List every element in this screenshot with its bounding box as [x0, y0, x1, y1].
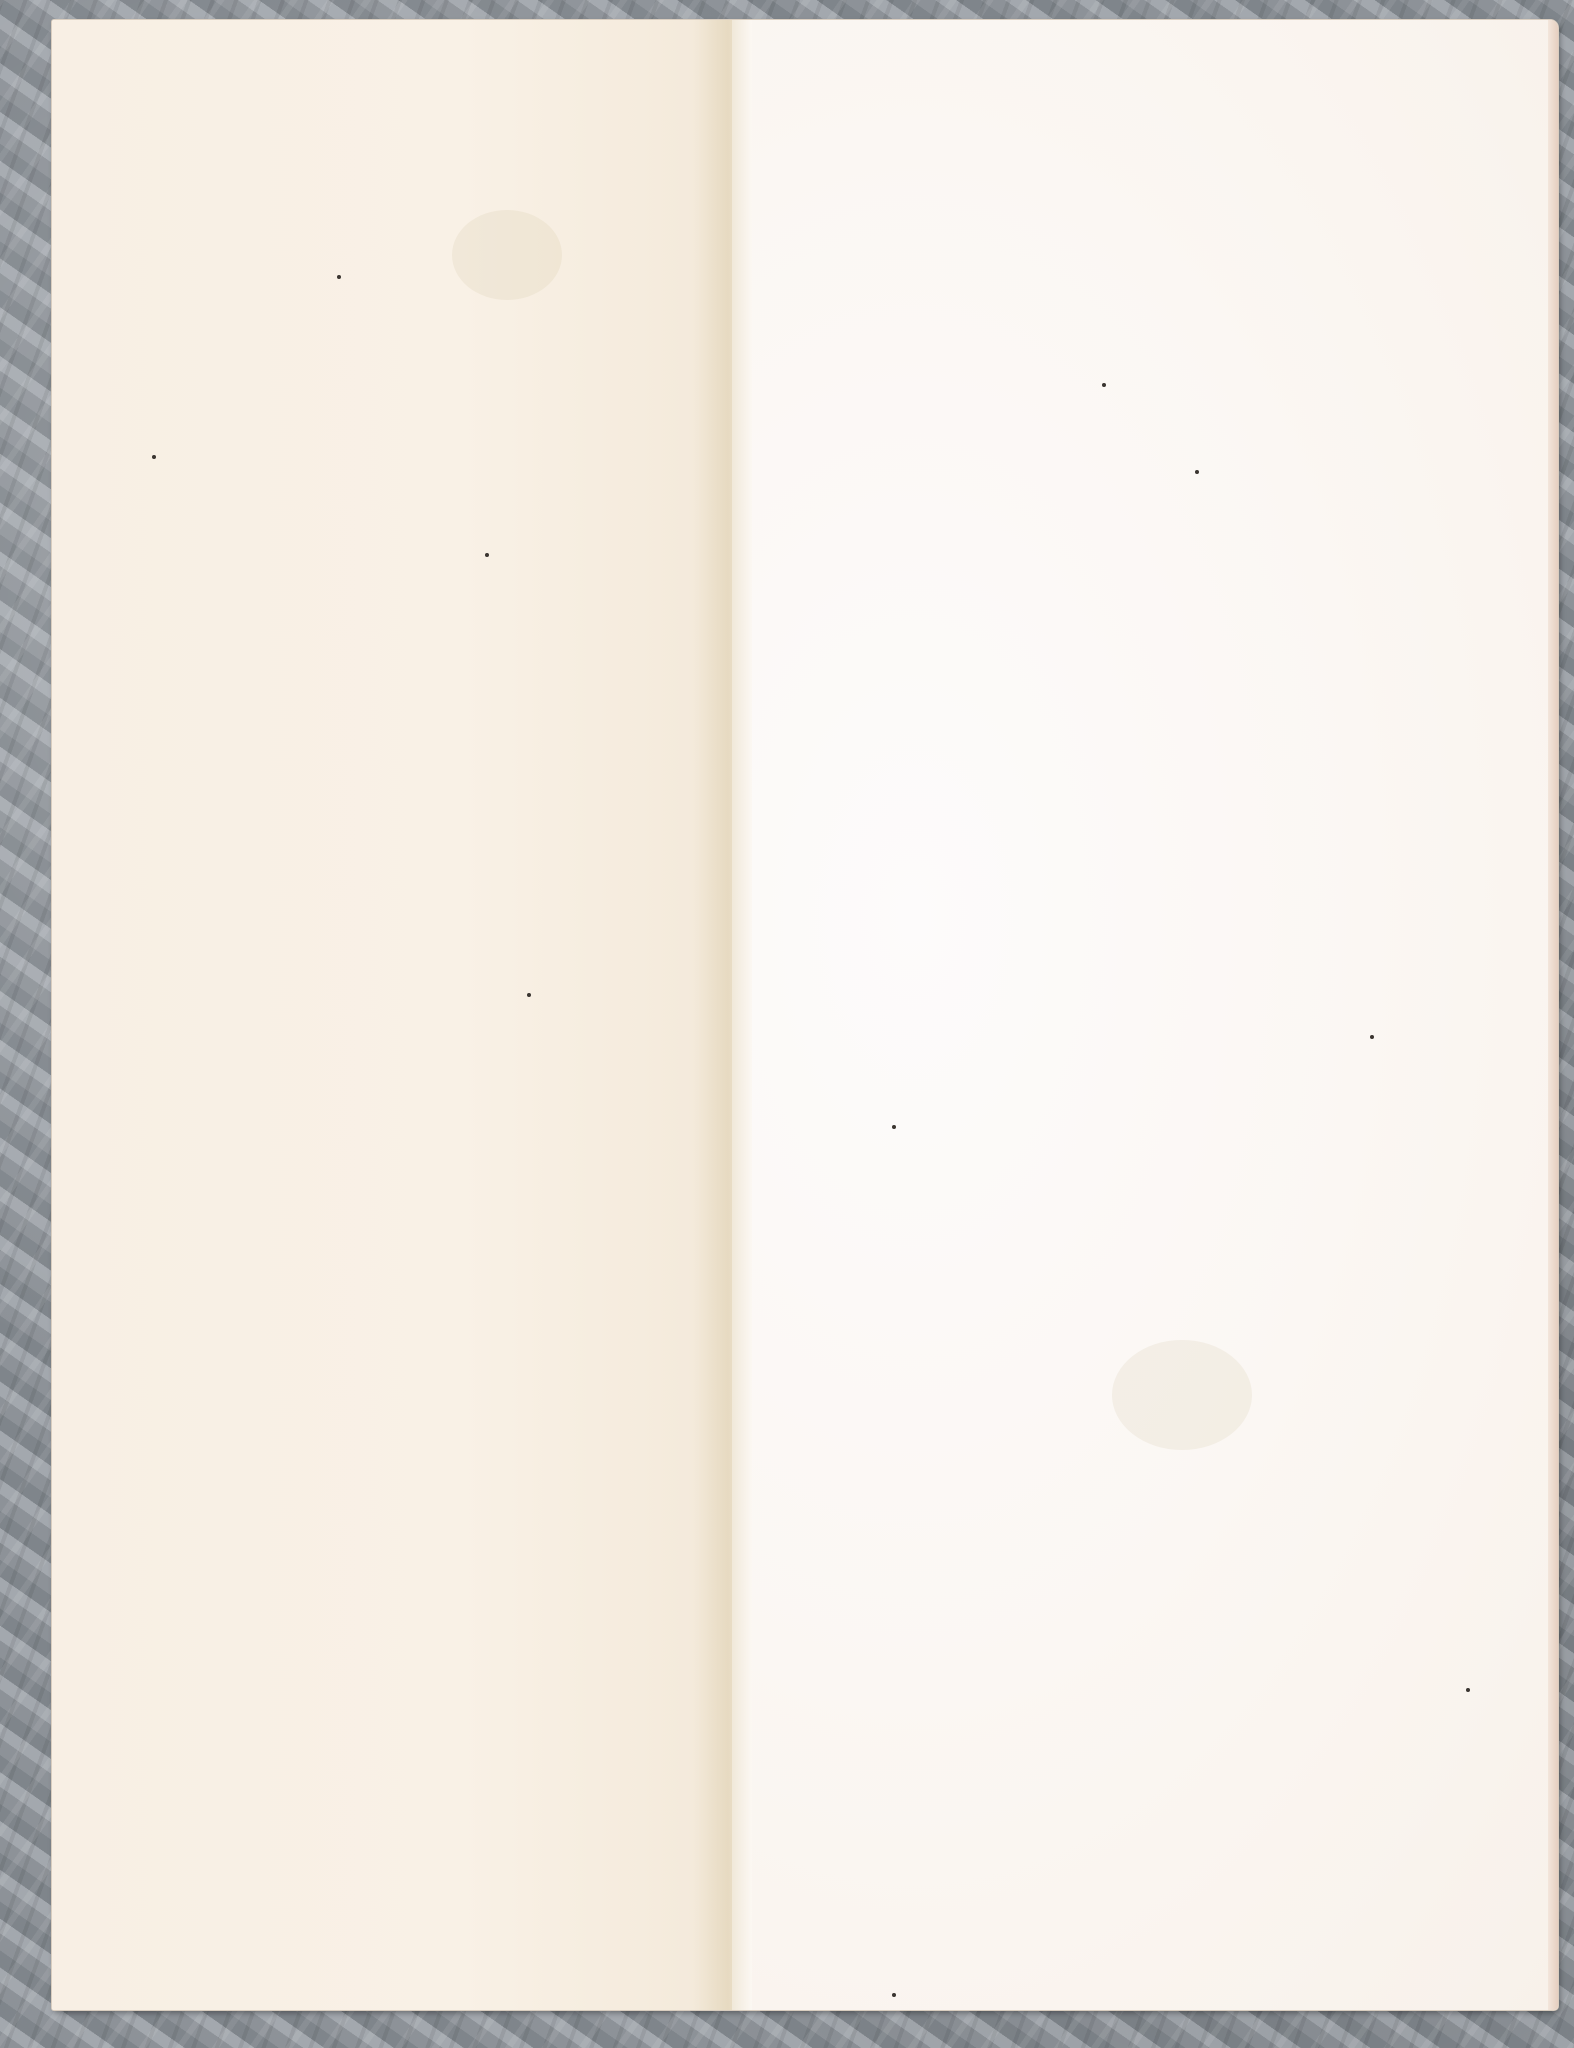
stain	[1112, 1340, 1252, 1450]
fold-crease	[692, 20, 752, 2010]
page-edge	[1548, 20, 1558, 2010]
speck	[1370, 1035, 1374, 1039]
stain	[452, 210, 562, 300]
blank-back-cover	[52, 20, 1558, 2010]
speck	[892, 1993, 896, 1997]
cover-left-panel	[52, 20, 732, 2010]
speck	[1195, 470, 1199, 474]
speck	[527, 993, 531, 997]
speck	[1102, 383, 1106, 387]
cover-right-panel	[752, 20, 1558, 2010]
speck	[485, 553, 489, 557]
speck	[1466, 1688, 1470, 1692]
speck	[337, 275, 341, 279]
speck	[892, 1125, 896, 1129]
speck	[152, 455, 156, 459]
